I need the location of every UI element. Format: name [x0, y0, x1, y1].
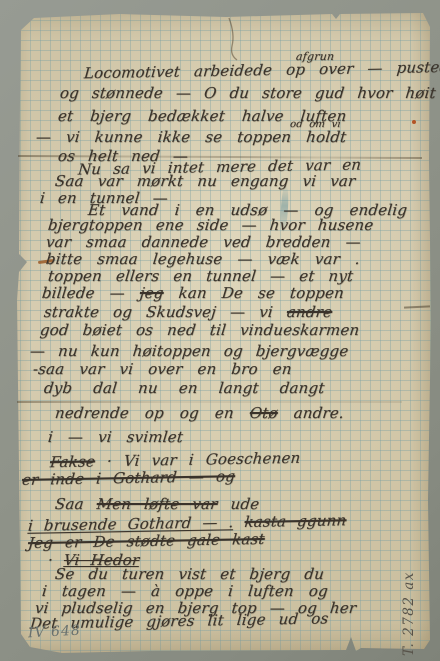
manuscript-line: bjergtoppen ene side — hvor husene	[47, 216, 374, 234]
archive-number-vertical: T. 2782 ax	[401, 534, 418, 656]
manuscript-line: i tagen — à oppe i luften og	[41, 582, 329, 600]
manuscript-line: Saa var mørkt nu engang vi var	[54, 172, 356, 190]
manuscript-line: -saa var vi over en bro en	[32, 360, 293, 378]
struck-text: kasta ggunn	[244, 511, 347, 531]
manuscript-line: dyb dal nu en langt dangt	[43, 379, 325, 397]
handwritten-text: i — vi svimlet	[47, 428, 184, 446]
manuscript-line: strakte og Skudsvej — vi andre	[43, 303, 333, 321]
manuscript-line: var smaa dannede ved bredden —	[45, 233, 362, 251]
manuscript-line: — vi kunne ikke se toppen holdt	[35, 128, 347, 146]
manuscript-line: bitte smaa legehuse — væk var .	[45, 250, 361, 268]
manuscript-line: Se du turen vist et bjerg du	[54, 565, 325, 583]
catalog-number: IV 648	[28, 623, 82, 642]
handwritten-text: billede —	[41, 284, 141, 302]
struck-text: jeg	[139, 284, 165, 302]
struck-text: andre	[286, 303, 333, 321]
handwritten-text: i tagen — à oppe i luften og	[41, 582, 329, 600]
handwritten-text: andre.	[277, 404, 345, 422]
handwritten-text: bjergtoppen ene side — hvor husene	[47, 216, 374, 234]
struck-text: Fakse	[49, 452, 96, 471]
manuscript-photo: afgrunLocomotivet arbeidede op over — pu…	[0, 0, 440, 661]
handwritten-text: dyb dal nu en langt dangt	[43, 379, 325, 397]
handwritten-text: nedrende op og en	[54, 404, 251, 422]
manuscript-line: og stønnede — O du store gud hvor høit —	[59, 84, 440, 102]
handwritten-text: ude	[217, 495, 261, 513]
handwritten-text: var smaa dannede ved bredden —	[45, 233, 362, 251]
manuscript-line: Saa Men løfte var ude	[54, 495, 260, 513]
handwritten-text: — nu kun høitoppen og bjergvægge	[29, 342, 349, 360]
manuscript-line: er inde i Gothard — og	[21, 467, 236, 489]
handwritten-text: Se du turen vist et bjerg du	[54, 565, 325, 583]
handwritten-text: Saa	[54, 495, 98, 513]
handwritten-text: -saa var vi over en bro en	[32, 360, 293, 378]
manuscript-line: toppen ellers en tunnel — et nyt	[47, 267, 354, 285]
struck-text: Otø	[249, 404, 279, 422]
manuscript-line: — nu kun høitoppen og bjergvægge	[29, 342, 349, 360]
handwritten-text: toppen ellers en tunnel — et nyt	[47, 267, 354, 285]
struck-text: er inde i Gothard — og	[21, 467, 236, 489]
handwritten-text: strakte og Skudsvej — vi	[43, 303, 288, 321]
handwritten-text: god bøiet os ned til vindueskarmen	[39, 321, 360, 339]
handwritten-text: kan De se toppen	[163, 284, 345, 302]
manuscript-line: god bøiet os ned til vindueskarmen	[39, 321, 360, 339]
handwritten-text: og stønnede — O du store gud hvor høit —	[59, 84, 440, 102]
handwritten-text: — vi kunne ikke se toppen holdt	[35, 128, 347, 146]
struck-text: Men løfte var	[96, 495, 219, 513]
manuscript-line: i — vi svimlet	[47, 428, 184, 446]
handwritten-text: bitte smaa legehuse — væk var .	[45, 250, 361, 268]
manuscript-line: billede — jeg kan De se toppen	[41, 284, 345, 302]
manuscript-line: nedrende op og en Otø andre.	[54, 404, 345, 422]
handwritten-text: Saa var mørkt nu engang vi var	[54, 172, 356, 190]
